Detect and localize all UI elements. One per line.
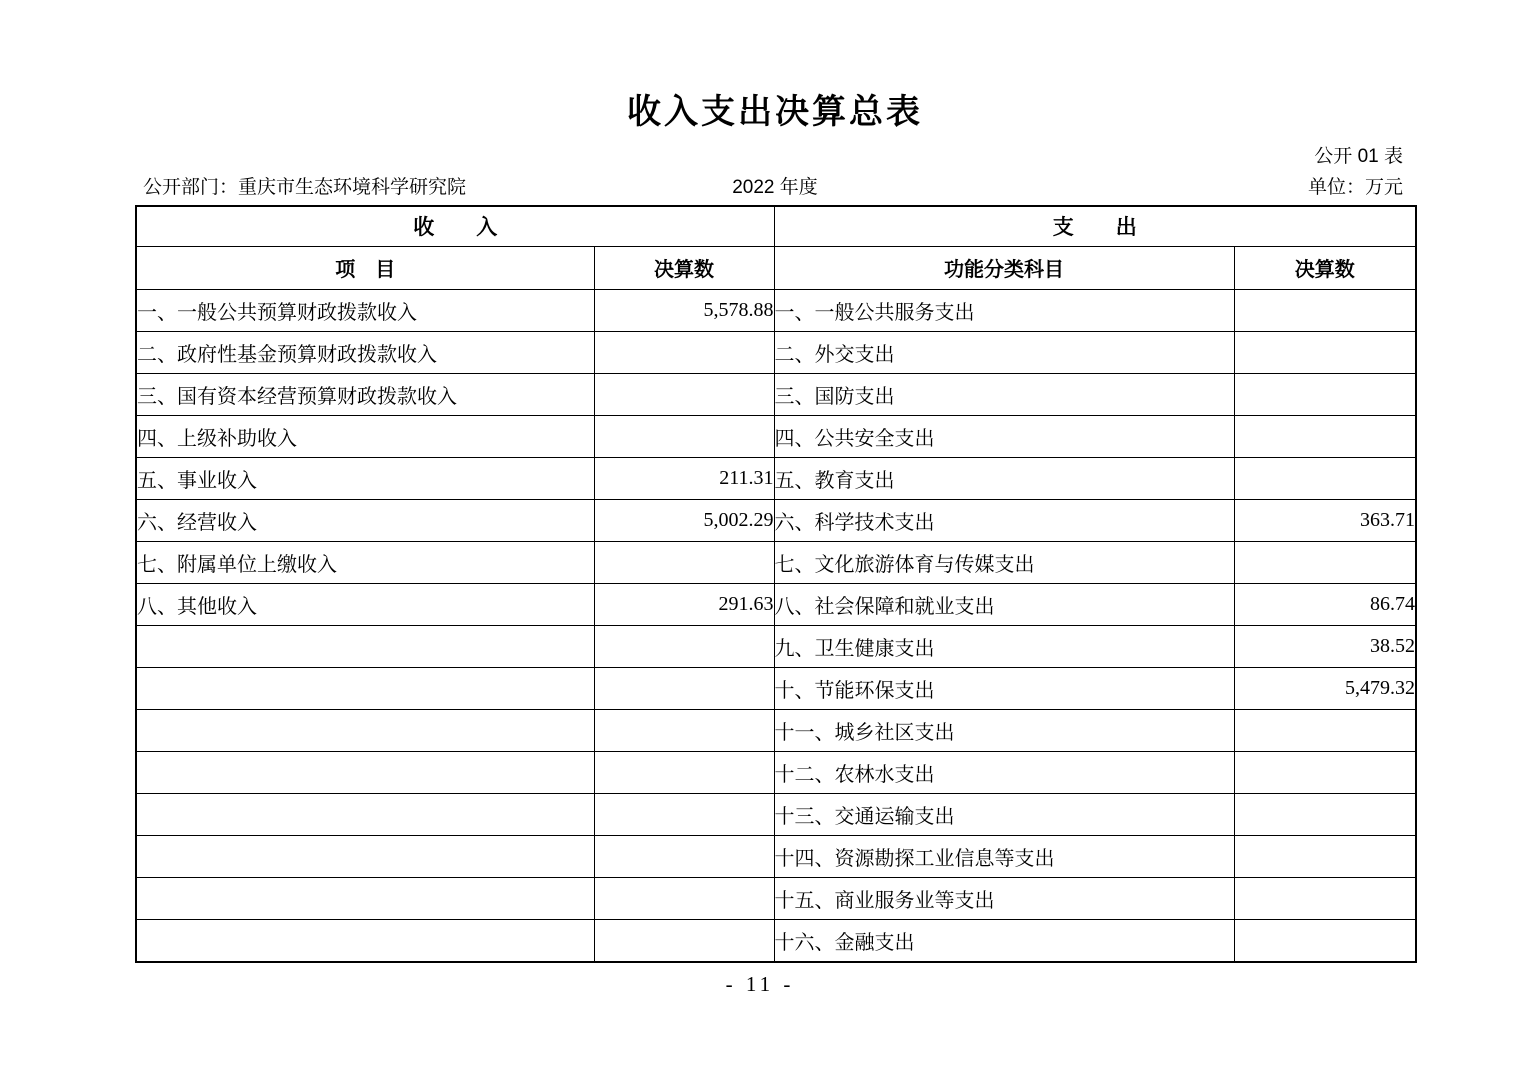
income-row-value <box>594 668 774 710</box>
table-row: 九、卫生健康支出 38.52 <box>136 626 1416 668</box>
income-row-value <box>594 920 774 962</box>
income-row-label <box>136 878 594 920</box>
expenditure-row-label: 九、卫生健康支出 <box>774 626 1234 668</box>
expenditure-row-label: 十一、城乡社区支出 <box>774 710 1234 752</box>
income-row-label: 五、事业收入 <box>136 457 594 499</box>
table-code: 公开 01 表 <box>1314 146 1415 167</box>
income-row-value <box>594 794 774 836</box>
income-row-label: 二、政府性基金预算财政拨款收入 <box>136 331 594 373</box>
income-row-label: 七、附属单位上缴收入 <box>136 541 594 583</box>
income-section-header: 收 入 <box>136 206 774 246</box>
expenditure-row-value: 5,479.32 <box>1234 668 1416 710</box>
income-row-label <box>136 710 594 752</box>
expenditure-row-label: 八、社会保障和就业支出 <box>774 583 1234 625</box>
table-row: 一、一般公共预算财政拨款收入 5,578.88 一、一般公共服务支出 <box>136 289 1416 331</box>
income-row-value <box>594 415 774 457</box>
table-row: 三、国有资本经营预算财政拨款收入 三、国防支出 <box>136 373 1416 415</box>
expenditure-row-value <box>1234 373 1416 415</box>
unit-label: 单位：万元 <box>1308 172 1403 199</box>
expenditure-row-value: 86.74 <box>1234 583 1416 625</box>
expenditure-row-value <box>1234 289 1416 331</box>
expenditure-row-label: 六、科学技术支出 <box>774 499 1234 541</box>
income-row-label: 一、一般公共预算财政拨款收入 <box>136 289 594 331</box>
income-amount-column-header: 决算数 <box>594 246 774 289</box>
expenditure-section-header: 支 出 <box>774 206 1416 246</box>
table-row: 十、节能环保支出 5,479.32 <box>136 668 1416 710</box>
expenditure-row-value: 363.71 <box>1234 499 1416 541</box>
table-row: 二、政府性基金预算财政拨款收入 二、外交支出 <box>136 331 1416 373</box>
expenditure-row-value <box>1234 878 1416 920</box>
table-meta-line: 公开部门：重庆市生态环境科学研究院 2022 年度 单位：万元 <box>135 172 1415 198</box>
expenditure-row-label: 三、国防支出 <box>774 373 1234 415</box>
expenditure-row-value <box>1234 415 1416 457</box>
income-row-value <box>594 710 774 752</box>
table-row: 十五、商业服务业等支出 <box>136 878 1416 920</box>
income-row-value <box>594 836 774 878</box>
income-row-value <box>594 331 774 373</box>
expenditure-row-value <box>1234 710 1416 752</box>
table-row: 五、事业收入 211.31 五、教育支出 <box>136 457 1416 499</box>
expenditure-row-value <box>1234 794 1416 836</box>
table-row: 四、上级补助收入 四、公共安全支出 <box>136 415 1416 457</box>
table-row: 十二、农林水支出 <box>136 752 1416 794</box>
expenditure-row-label: 十六、金融支出 <box>774 920 1234 962</box>
budget-summary-table: 收 入 支 出 项 目 决算数 功能分类科目 决算数 一、一般公共预算财政拨款收… <box>135 205 1417 963</box>
income-row-value: 5,002.29 <box>594 499 774 541</box>
expenditure-amount-column-header: 决算数 <box>1234 246 1416 289</box>
expenditure-row-value <box>1234 331 1416 373</box>
income-row-label <box>136 668 594 710</box>
page-title: 收入支出决算总表 <box>135 84 1415 133</box>
expenditure-row-value <box>1234 541 1416 583</box>
expenditure-item-column-header: 功能分类科目 <box>774 246 1234 289</box>
table-row: 十四、资源勘探工业信息等支出 <box>136 836 1416 878</box>
expenditure-row-label: 七、文化旅游体育与传媒支出 <box>774 541 1234 583</box>
expenditure-row-label: 二、外交支出 <box>774 331 1234 373</box>
expenditure-row-label: 十三、交通运输支出 <box>774 794 1234 836</box>
expenditure-row-value <box>1234 836 1416 878</box>
expenditure-row-label: 五、教育支出 <box>774 457 1234 499</box>
expenditure-row-label: 一、一般公共服务支出 <box>774 289 1234 331</box>
income-row-value <box>594 373 774 415</box>
expenditure-row-value <box>1234 457 1416 499</box>
income-row-value <box>594 626 774 668</box>
table-row: 十六、金融支出 <box>136 920 1416 962</box>
income-row-label <box>136 836 594 878</box>
table-row: 十三、交通运输支出 <box>136 794 1416 836</box>
fiscal-year-label: 2022 年度 <box>135 172 1415 199</box>
expenditure-row-label: 十四、资源勘探工业信息等支出 <box>774 836 1234 878</box>
income-row-value: 291.63 <box>594 583 774 625</box>
income-row-label: 六、经营收入 <box>136 499 594 541</box>
expenditure-row-value <box>1234 752 1416 794</box>
income-row-value: 5,578.88 <box>594 289 774 331</box>
document-page: 收入支出决算总表 公开 01 表 公开部门：重庆市生态环境科学研究院 2022 … <box>0 0 1520 1074</box>
section-header-row: 收 入 支 出 <box>136 206 1416 246</box>
income-row-label <box>136 920 594 962</box>
income-row-label: 三、国有资本经营预算财政拨款收入 <box>136 373 594 415</box>
income-row-label <box>136 794 594 836</box>
income-row-value <box>594 752 774 794</box>
table-row: 七、附属单位上缴收入 七、文化旅游体育与传媒支出 <box>136 541 1416 583</box>
expenditure-row-value <box>1234 920 1416 962</box>
income-item-column-header: 项 目 <box>136 246 594 289</box>
income-row-label <box>136 626 594 668</box>
income-row-label <box>136 752 594 794</box>
table-row: 八、其他收入 291.63 八、社会保障和就业支出 86.74 <box>136 583 1416 625</box>
table-row: 十一、城乡社区支出 <box>136 710 1416 752</box>
page-number: - 11 - <box>0 972 1520 997</box>
income-row-value <box>594 541 774 583</box>
expenditure-row-label: 四、公共安全支出 <box>774 415 1234 457</box>
expenditure-row-label: 十、节能环保支出 <box>774 668 1234 710</box>
income-row-label: 八、其他收入 <box>136 583 594 625</box>
expenditure-row-label: 十二、农林水支出 <box>774 752 1234 794</box>
income-row-label: 四、上级补助收入 <box>136 415 594 457</box>
income-row-value <box>594 878 774 920</box>
expenditure-row-value: 38.52 <box>1234 626 1416 668</box>
expenditure-row-label: 十五、商业服务业等支出 <box>774 878 1234 920</box>
table-code-line: 公开 01 表 <box>135 141 1415 168</box>
column-header-row: 项 目 决算数 功能分类科目 决算数 <box>136 246 1416 289</box>
table-row: 六、经营收入 5,002.29 六、科学技术支出 363.71 <box>136 499 1416 541</box>
income-row-value: 211.31 <box>594 457 774 499</box>
